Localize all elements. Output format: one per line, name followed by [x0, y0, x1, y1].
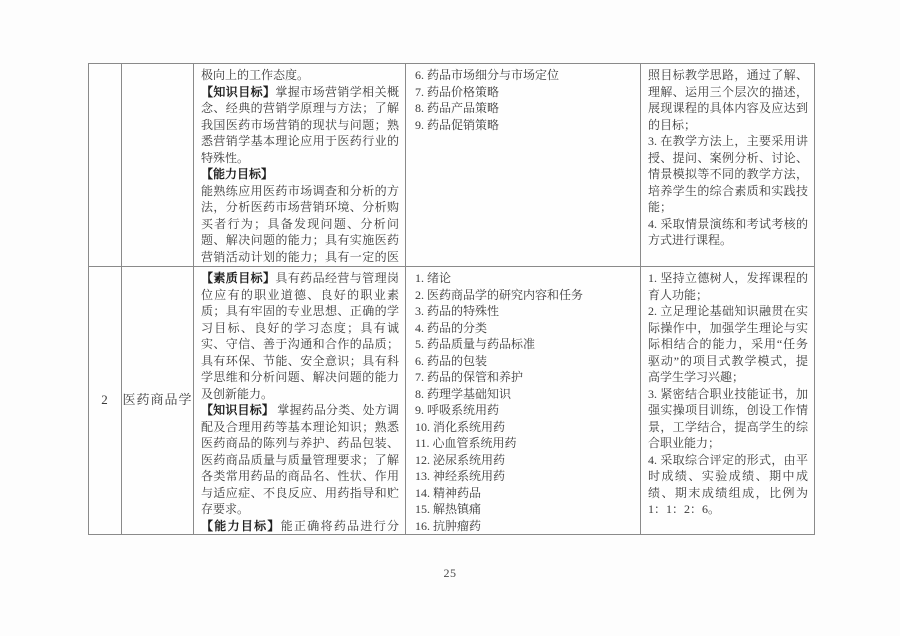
content-item: 8. 药理学基础知识 [415, 386, 636, 403]
content-item: 16. 抗肿瘤药 [415, 518, 636, 535]
row1-content-list-cell: 6. 药品市场细分与市场定位7. 药品价格策略8. 药品产品策略9. 药品促销策… [406, 64, 641, 267]
content-item: 11. 心血管系统用药 [415, 435, 636, 452]
paragraph: 【知识目标】掌握市场营销学相关概念、经典的营销学原理与方法；了解我国医药市场营销… [201, 84, 399, 167]
content-item: 13. 神经系统用药 [415, 468, 636, 485]
curriculum-table: 极向上的工作态度。【知识目标】掌握市场营销学相关概念、经典的营销学原理与方法；了… [88, 63, 815, 535]
paragraph: 【能力目标】 [201, 166, 399, 183]
paragraph: 1. 坚持立德树人，发挥课程的育人功能； [648, 270, 808, 303]
paragraph: 【知识目标】 掌握药品分类、处方调配及合理用药等基本理论知识；熟悉医药商品的陈列… [201, 402, 399, 518]
content-item: 6. 药品市场细分与市场定位 [415, 67, 636, 84]
content-item: 12. 泌尿系统用药 [415, 452, 636, 469]
paragraph: 【素质目标】具有药品经营与管理岗位应有的职业道德、良好的职业素质；具有牢固的专业… [201, 270, 399, 402]
document-page: 极向上的工作态度。【知识目标】掌握市场营销学相关概念、经典的营销学原理与方法；了… [0, 0, 900, 636]
content-item: 9. 药品促销策略 [415, 117, 636, 134]
content-item: 4. 药品的分类 [415, 320, 636, 337]
paragraph: 极向上的工作态度。 [201, 67, 399, 84]
content-item: 9. 呼吸系统用药 [415, 402, 636, 419]
paragraph: 3. 在教学方法上，主要采用讲授、提问、案例分析、讨论、情景模拟等不同的教学方法… [648, 133, 808, 216]
content-item: 2. 医药商品学的研究内容和任务 [415, 287, 636, 304]
row1-course-cell [122, 64, 194, 267]
row1-objectives-cell: 极向上的工作态度。【知识目标】掌握市场营销学相关概念、经典的营销学原理与方法；了… [194, 64, 406, 267]
content-item: 5. 药品质量与药品标准 [415, 336, 636, 353]
row2-content-list-cell: 1. 绪论2. 医药商品学的研究内容和任务3. 药品的特殊性4. 药品的分类5.… [406, 267, 641, 534]
content-item: 7. 药品的保管和养护 [415, 369, 636, 386]
paragraph: 【能力目标】能正确将药品进行分类；能执行合理用药的用药原则；能进行处方调配；能进… [201, 518, 399, 535]
row2-course-cell: 医药商品学 [122, 267, 194, 534]
paragraph: 能熟练应用医药市场调查和分析的方法，分析医药市场营销环境、分析购买者行为；具备发… [201, 183, 399, 268]
paragraph: 3. 紧密结合职业技能证书，加强实操项目训练，创设工作情景，工学结合，提高学生的… [648, 386, 808, 452]
row1-number-cell [89, 64, 122, 267]
content-item: 3. 药品的特殊性 [415, 303, 636, 320]
content-item: 6. 药品的包装 [415, 353, 636, 370]
paragraph: 照目标教学思路，通过了解、理解、运用三个层次的描述，展现课程的具体内容及应达到的… [648, 67, 808, 133]
paragraph: 4. 采取情景演练和考试考核的方式进行课程。 [648, 216, 808, 249]
content-item: 1. 绪论 [415, 270, 636, 287]
content-item: 8. 药品产品策略 [415, 100, 636, 117]
content-item: 15. 解热镇痛 [415, 501, 636, 518]
content-item: 7. 药品价格策略 [415, 84, 636, 101]
row2-number-cell: 2 [89, 267, 122, 534]
paragraph: 4. 采取综合评定的形式，由平时成绩、实验成绩、期中成绩、期末成绩组成，比例为 … [648, 452, 808, 518]
paragraph: 2. 立足理论基础知识融贯在实际操作中，加强学生理论与实际相结合的能力，采用“任… [648, 303, 808, 386]
content-item: 10. 消化系统用药 [415, 419, 636, 436]
content-item: 14. 精神药品 [415, 485, 636, 502]
page-number: 25 [0, 566, 900, 581]
row2-objectives-cell: 【素质目标】具有药品经营与管理岗位应有的职业道德、良好的职业素质；具有牢固的专业… [194, 267, 406, 534]
row1-methods-cell: 照目标教学思路，通过了解、理解、运用三个层次的描述，展现课程的具体内容及应达到的… [641, 64, 814, 267]
row2-methods-cell: 1. 坚持立德树人，发挥课程的育人功能；2. 立足理论基础知识融贯在实际操作中，… [641, 267, 814, 534]
